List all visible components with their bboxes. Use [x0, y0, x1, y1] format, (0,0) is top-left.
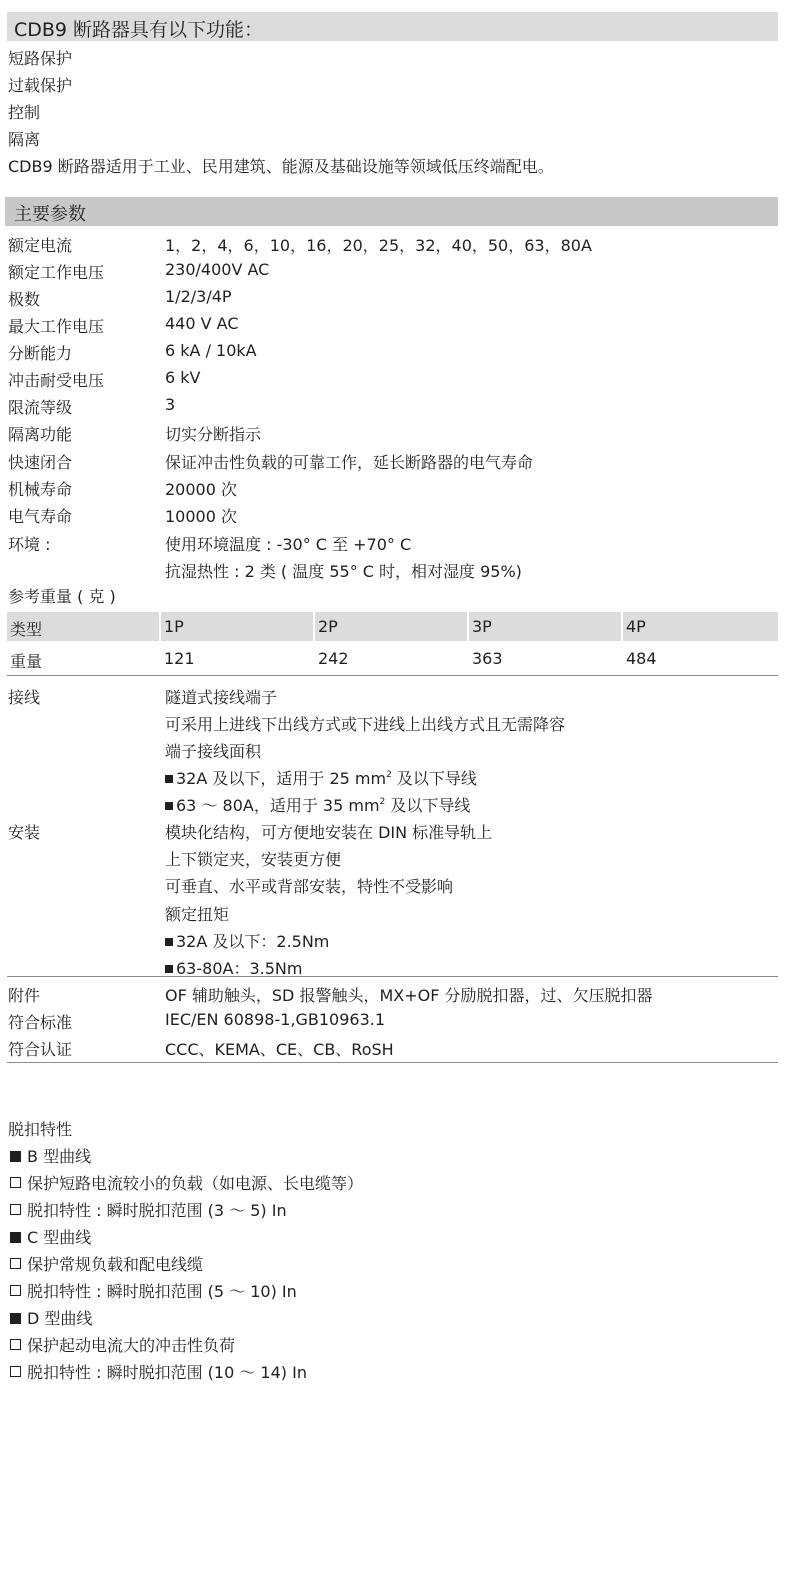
wiring-label: 接线 — [8, 685, 40, 708]
trip-item-text: B 型曲线 — [27, 1147, 91, 1166]
header-2p: 2P — [318, 617, 338, 636]
table-header-cell: 3P — [469, 612, 621, 641]
table-cell: 121 — [161, 644, 313, 673]
install-line: 额定扭矩 — [165, 902, 229, 925]
param-value: 1/2/3/4P — [165, 287, 232, 306]
table-header-cell: 4P — [623, 612, 778, 641]
trip-item: D 型曲线 — [8, 1306, 92, 1329]
param-row: 附件 OF 辅助触头，SD 报警触头，MX+OF 分励脱扣器，过、欠压脱扣器 — [0, 979, 786, 1006]
param-row: 限流等级 3 — [0, 391, 786, 418]
weight-table-header: 类型 1P 2P 3P 4P — [7, 612, 778, 642]
empty-square-icon — [10, 1177, 21, 1188]
header-type: 类型 — [10, 617, 42, 640]
weight-3p: 363 — [472, 649, 503, 668]
param-row: 极数 1/2/3/4P — [0, 283, 786, 310]
weight-1p: 121 — [164, 649, 195, 668]
table-header-cell: 2P — [315, 612, 467, 641]
bullet-icon — [165, 938, 173, 946]
bullet-icon — [165, 802, 173, 810]
table-cell: 484 — [623, 644, 778, 673]
param-row: 符合标准 IEC/EN 60898-1,GB10963.1 — [0, 1006, 786, 1033]
function-item: 过载保护 — [8, 76, 72, 96]
wiring-row: 32A 及以下，适用于 25 mm2 及以下导线 — [0, 762, 786, 789]
param-row: 机械寿命 20000 次 — [0, 473, 786, 500]
wiring-row: 63 ～ 80A，适用于 35 mm2 及以下导线 — [0, 789, 786, 816]
empty-square-icon — [10, 1285, 21, 1296]
functions-header-bar: CDB9 断路器具有以下功能： — [7, 12, 778, 41]
param-row: 隔离功能 切实分断指示 — [0, 418, 786, 445]
param-label: 额定工作电压 — [8, 260, 104, 283]
table-cell: 242 — [315, 644, 467, 673]
bullet-text: 63 ～ 80A，适用于 35 mm — [176, 796, 380, 815]
header-3p: 3P — [472, 617, 492, 636]
param-row: 电气寿命 10000 次 — [0, 500, 786, 527]
param-value: 保证冲击性负载的可靠工作，延长断路器的电气寿命 — [165, 450, 533, 473]
empty-square-icon — [10, 1339, 21, 1350]
param-row: 符合认证 CCC、KEMA、CE、CB、RoSH — [0, 1033, 786, 1060]
param-value: 6 kA / 10kA — [165, 341, 257, 360]
trip-item: 脱扣特性 : 瞬时脱扣范围 (10 ～ 14) In — [8, 1360, 307, 1383]
param-label: 机械寿命 — [8, 477, 72, 500]
trip-title: 脱扣特性 — [8, 1117, 72, 1140]
param-label: 额定电流 — [8, 233, 72, 256]
trip-item: 保护起动电流大的冲击性负荷 — [8, 1333, 235, 1356]
bullet-text: 及以下导线 — [392, 769, 477, 788]
param-value: IEC/EN 60898-1,GB10963.1 — [165, 1010, 385, 1029]
param-row: 额定工作电压 230/400V AC — [0, 256, 786, 283]
param-label: 冲击耐受电压 — [8, 368, 104, 391]
param-label: 极数 — [8, 287, 40, 310]
trip-item-text: 保护起动电流大的冲击性负荷 — [27, 1336, 235, 1355]
param-row: 最大工作电压 440 V AC — [0, 310, 786, 337]
param-row: 快速闭合 保证冲击性负载的可靠工作，延长断路器的电气寿命 — [0, 446, 786, 473]
param-label: 符合认证 — [8, 1037, 72, 1060]
header-4p: 4P — [626, 617, 646, 636]
param-value: OF 辅助触头，SD 报警触头，MX+OF 分励脱扣器，过、欠压脱扣器 — [165, 983, 653, 1006]
param-value: 230/400V AC — [165, 260, 269, 279]
table-header-cell: 1P — [161, 612, 313, 641]
param-label: 环境 : — [8, 532, 50, 555]
trip-item-text: 脱扣特性 : 瞬时脱扣范围 (10 ～ 14) In — [27, 1363, 307, 1382]
function-item: 短路保护 — [8, 49, 72, 69]
param-label: 附件 — [8, 983, 40, 1006]
trip-item: 保护常规负载和配电线缆 — [8, 1252, 203, 1275]
install-line: 上下锁定夹，安装更方便 — [165, 847, 341, 870]
bullet-text: 32A 及以下，适用于 25 mm — [176, 769, 386, 788]
weight-2p: 242 — [318, 649, 349, 668]
param-row: 抗湿热性 : 2 类 ( 温度 55° C 时，相对湿度 95%) — [0, 555, 786, 582]
install-row: 可垂直、水平或背部安装，特性不受影响 — [0, 870, 786, 897]
trip-item-text: D 型曲线 — [27, 1309, 92, 1328]
trip-item-text: C 型曲线 — [27, 1228, 91, 1247]
table-header-cell: 类型 — [7, 612, 159, 641]
params-header-bar: 主要参数 — [5, 197, 778, 226]
param-label: 隔离功能 — [8, 422, 72, 445]
weight-table: 类型 1P 2P 3P 4P 重量 121 242 363 484 — [7, 612, 778, 674]
empty-square-icon — [10, 1366, 21, 1377]
param-value: 440 V AC — [165, 314, 239, 333]
param-row: 冲击耐受电压 6 kV — [0, 364, 786, 391]
install-row: 上下锁定夹，安装更方便 — [0, 843, 786, 870]
bullet-icon — [165, 775, 173, 783]
table-cell: 363 — [469, 644, 621, 673]
param-value: 1，2，4，6，10，16，20，25，32，40，50，63，80A — [165, 233, 592, 256]
wiring-line: 可采用上进线下出线方式或下进线上出线方式且无需降容 — [165, 712, 565, 735]
param-value: 抗湿热性 : 2 类 ( 温度 55° C 时，相对湿度 95%) — [165, 559, 522, 582]
function-item: 隔离 — [8, 130, 40, 150]
install-row: 额定扭矩 — [0, 898, 786, 925]
wiring-row: 接线 隧道式接线端子 — [0, 681, 786, 708]
wiring-row: 端子接线面积 — [0, 735, 786, 762]
empty-square-icon — [10, 1258, 21, 1269]
filled-square-icon — [10, 1313, 21, 1324]
param-value: 20000 次 — [165, 477, 237, 500]
param-value: 10000 次 — [165, 504, 237, 527]
param-label: 符合标准 — [8, 1010, 72, 1033]
trip-item-text: 保护短路电流较小的负载（如电源、长电缆等） — [27, 1174, 363, 1193]
install-bullet: 32A 及以下：2.5Nm — [165, 929, 329, 952]
install-row: 63-80A：3.5Nm — [0, 952, 786, 979]
filled-square-icon — [10, 1232, 21, 1243]
param-row: 额定电流 1，2，4，6，10，16，20，25，32，40，50，63，80A — [0, 229, 786, 256]
weight-title: 参考重量 ( 克 ) — [8, 587, 116, 607]
function-item: 控制 — [8, 103, 40, 123]
param-value: 3 — [165, 395, 175, 414]
install-line: 可垂直、水平或背部安装，特性不受影响 — [165, 874, 453, 897]
trip-item-text: 脱扣特性 : 瞬时脱扣范围 (5 ～ 10) In — [27, 1282, 297, 1301]
bullet-icon — [165, 965, 173, 973]
install-line: 模块化结构，可方便地安装在 DIN 标准导轨上 — [165, 820, 492, 843]
empty-square-icon — [10, 1204, 21, 1215]
divider — [7, 976, 778, 977]
param-label: 电气寿命 — [8, 504, 72, 527]
param-label: 最大工作电压 — [8, 314, 104, 337]
trip-item: 保护短路电流较小的负载（如电源、长电缆等） — [8, 1171, 363, 1194]
filled-square-icon — [10, 1151, 21, 1162]
wiring-bullet: 63 ～ 80A，适用于 35 mm2 及以下导线 — [165, 793, 470, 816]
trip-item: 脱扣特性 : 瞬时脱扣范围 (5 ～ 10) In — [8, 1279, 297, 1302]
install-label: 安装 — [8, 820, 40, 843]
param-label: 分断能力 — [8, 341, 72, 364]
functions-title: CDB9 断路器具有以下功能： — [14, 15, 263, 42]
wiring-bullet: 32A 及以下，适用于 25 mm2 及以下导线 — [165, 766, 477, 789]
bullet-text: 32A 及以下：2.5Nm — [176, 932, 329, 951]
application-text: CDB9 断路器适用于工业、民用建筑、能源及基础设施等领域低压终端配电。 — [8, 157, 554, 177]
install-row: 安装 模块化结构，可方便地安装在 DIN 标准导轨上 — [0, 816, 786, 843]
param-row: 环境 : 使用环境温度 : -30° C 至 +70° C — [0, 528, 786, 555]
trip-item: 脱扣特性 : 瞬时脱扣范围 (3 ～ 5) In — [8, 1198, 287, 1221]
weight-4p: 484 — [626, 649, 657, 668]
install-row: 32A 及以下：2.5Nm — [0, 925, 786, 952]
table-row: 重量 121 242 363 484 — [7, 642, 778, 674]
header-1p: 1P — [164, 617, 184, 636]
wiring-row: 可采用上进线下出线方式或下进线上出线方式且无需降容 — [0, 708, 786, 735]
param-value: 使用环境温度 : -30° C 至 +70° C — [165, 532, 411, 555]
table-cell: 重量 — [7, 644, 159, 673]
param-value: CCC、KEMA、CE、CB、RoSH — [165, 1037, 394, 1060]
trip-item-text: 保护常规负载和配电线缆 — [27, 1255, 203, 1274]
trip-item-text: 脱扣特性 : 瞬时脱扣范围 (3 ～ 5) In — [27, 1201, 287, 1220]
divider — [7, 1062, 778, 1063]
param-label: 限流等级 — [8, 395, 72, 418]
wiring-line: 隧道式接线端子 — [165, 685, 277, 708]
params-title: 主要参数 — [14, 200, 86, 226]
row-label: 重量 — [10, 649, 42, 672]
param-label: 快速闭合 — [8, 450, 72, 473]
bullet-text: 及以下导线 — [385, 796, 470, 815]
param-value: 6 kV — [165, 368, 200, 387]
param-row: 分断能力 6 kA / 10kA — [0, 337, 786, 364]
param-value: 切实分断指示 — [165, 422, 261, 445]
trip-item: C 型曲线 — [8, 1225, 91, 1248]
trip-item: B 型曲线 — [8, 1144, 91, 1167]
wiring-line: 端子接线面积 — [165, 739, 261, 762]
divider — [7, 675, 778, 676]
